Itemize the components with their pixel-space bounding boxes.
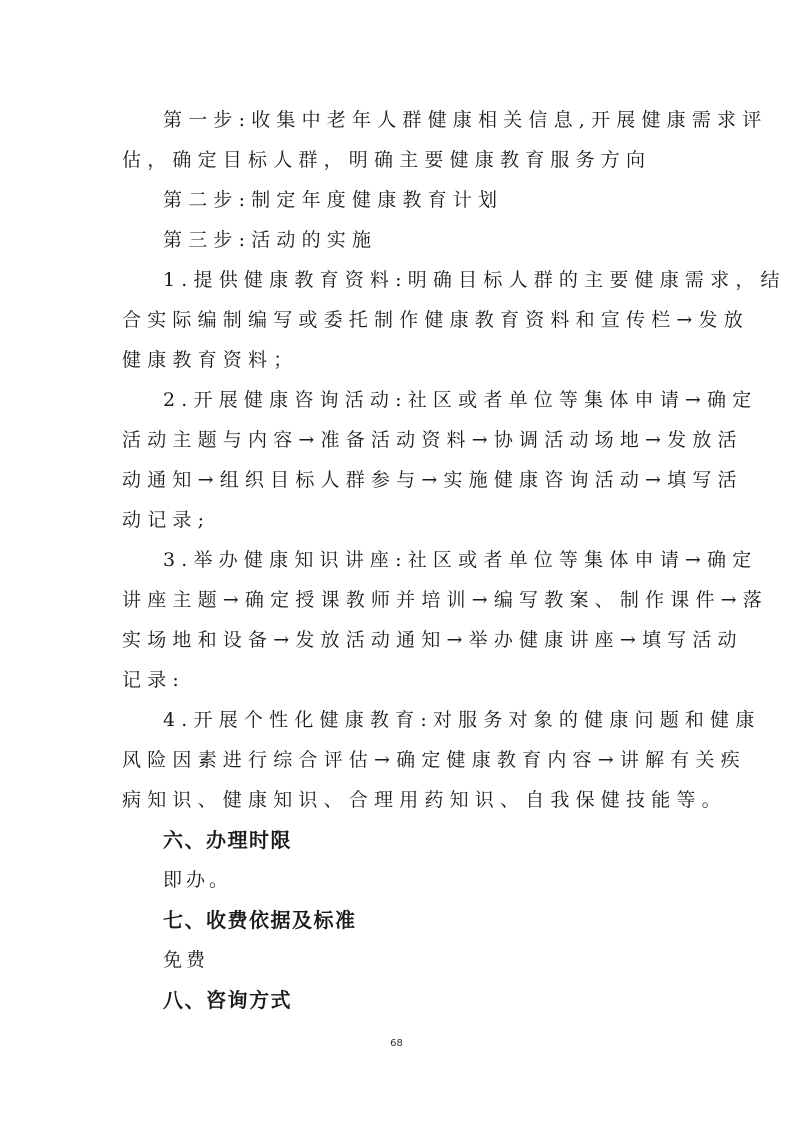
item1-line1: 1.提供健康教育资料:明确目标人群的主要健康需求，结 [122,260,675,300]
item2-line1: 2.开展健康咨询活动:社区或者单位等集体申请→确定 [122,380,675,420]
document-page: 第一步:收集中老年人群健康相关信息,开展健康需求评 估，确定目标人群，明确主要健… [122,100,675,1020]
item4-line2: 风险因素进行综合评估→确定健康教育内容→讲解有关疾 [122,740,675,780]
item4-line3: 病知识、健康知识、合理用药知识、自我保健技能等。 [122,780,675,820]
step2: 第二步:制定年度健康教育计划 [122,180,675,220]
item1-line3: 健康教育资料； [122,340,675,380]
item2-line3: 动通知→组织目标人群参与→实施健康咨询活动→填写活 [122,460,675,500]
item3-line1: 3.举办健康知识讲座:社区或者单位等集体申请→确定 [122,540,675,580]
section-heading-consultation: 八、咨询方式 [122,980,675,1020]
item4-line1: 4.开展个性化健康教育:对服务对象的健康问题和健康 [122,700,675,740]
item2-line2: 活动主题与内容→准备活动资料→协调活动场地→发放活 [122,420,675,460]
item3-line3: 实场地和设备→发放活动通知→举办健康讲座→填写活动 [122,620,675,660]
section-heading-time-limit: 六、办理时限 [122,820,675,860]
step3: 第三步:活动的实施 [122,220,675,260]
step1-line1: 第一步:收集中老年人群健康相关信息,开展健康需求评 [122,100,675,140]
item3-line4: 记录: [122,660,675,700]
item2-line4: 动记录; [122,500,675,540]
section-body-fees: 免费 [122,940,675,980]
section-body-time-limit: 即办。 [122,860,675,900]
step1-line2: 估，确定目标人群，明确主要健康教育服务方向 [122,140,675,180]
item3-line2: 讲座主题→确定授课教师并培训→编写教案、制作课件→落 [122,580,675,620]
section-heading-fees: 七、收费依据及标准 [122,900,675,940]
page-number: 68 [0,1038,793,1049]
item1-line2: 合实际编制编写或委托制作健康教育资料和宣传栏→发放 [122,300,675,340]
